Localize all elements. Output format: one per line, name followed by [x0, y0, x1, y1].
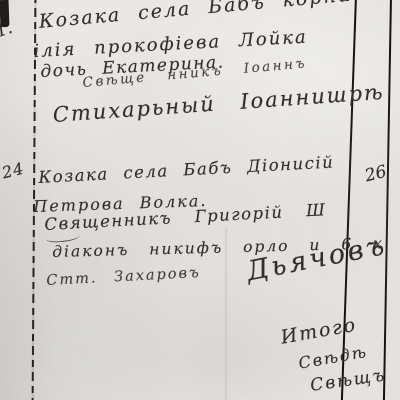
record1-number-fragment: 1.: [0, 18, 15, 42]
register-page-scan: 1. 24 26 Козака села Бабъ корни- ілія пр…: [0, 0, 400, 400]
table-rule-right-inner: [341, 0, 357, 400]
record1-line1: Козака села Бабъ корни-: [38, 0, 361, 33]
footer-line3: Свѣщъ: [309, 365, 387, 395]
record2-line1: Козака села Бабъ Діонисій: [38, 153, 335, 187]
record2-clerk-line: Стт. Захаровъ: [46, 265, 201, 289]
right-column-value: 26: [363, 162, 389, 187]
table-rule-right-outer: [383, 0, 392, 400]
footer-total-label: Итого: [279, 314, 359, 349]
record2-number: 24: [0, 159, 26, 183]
